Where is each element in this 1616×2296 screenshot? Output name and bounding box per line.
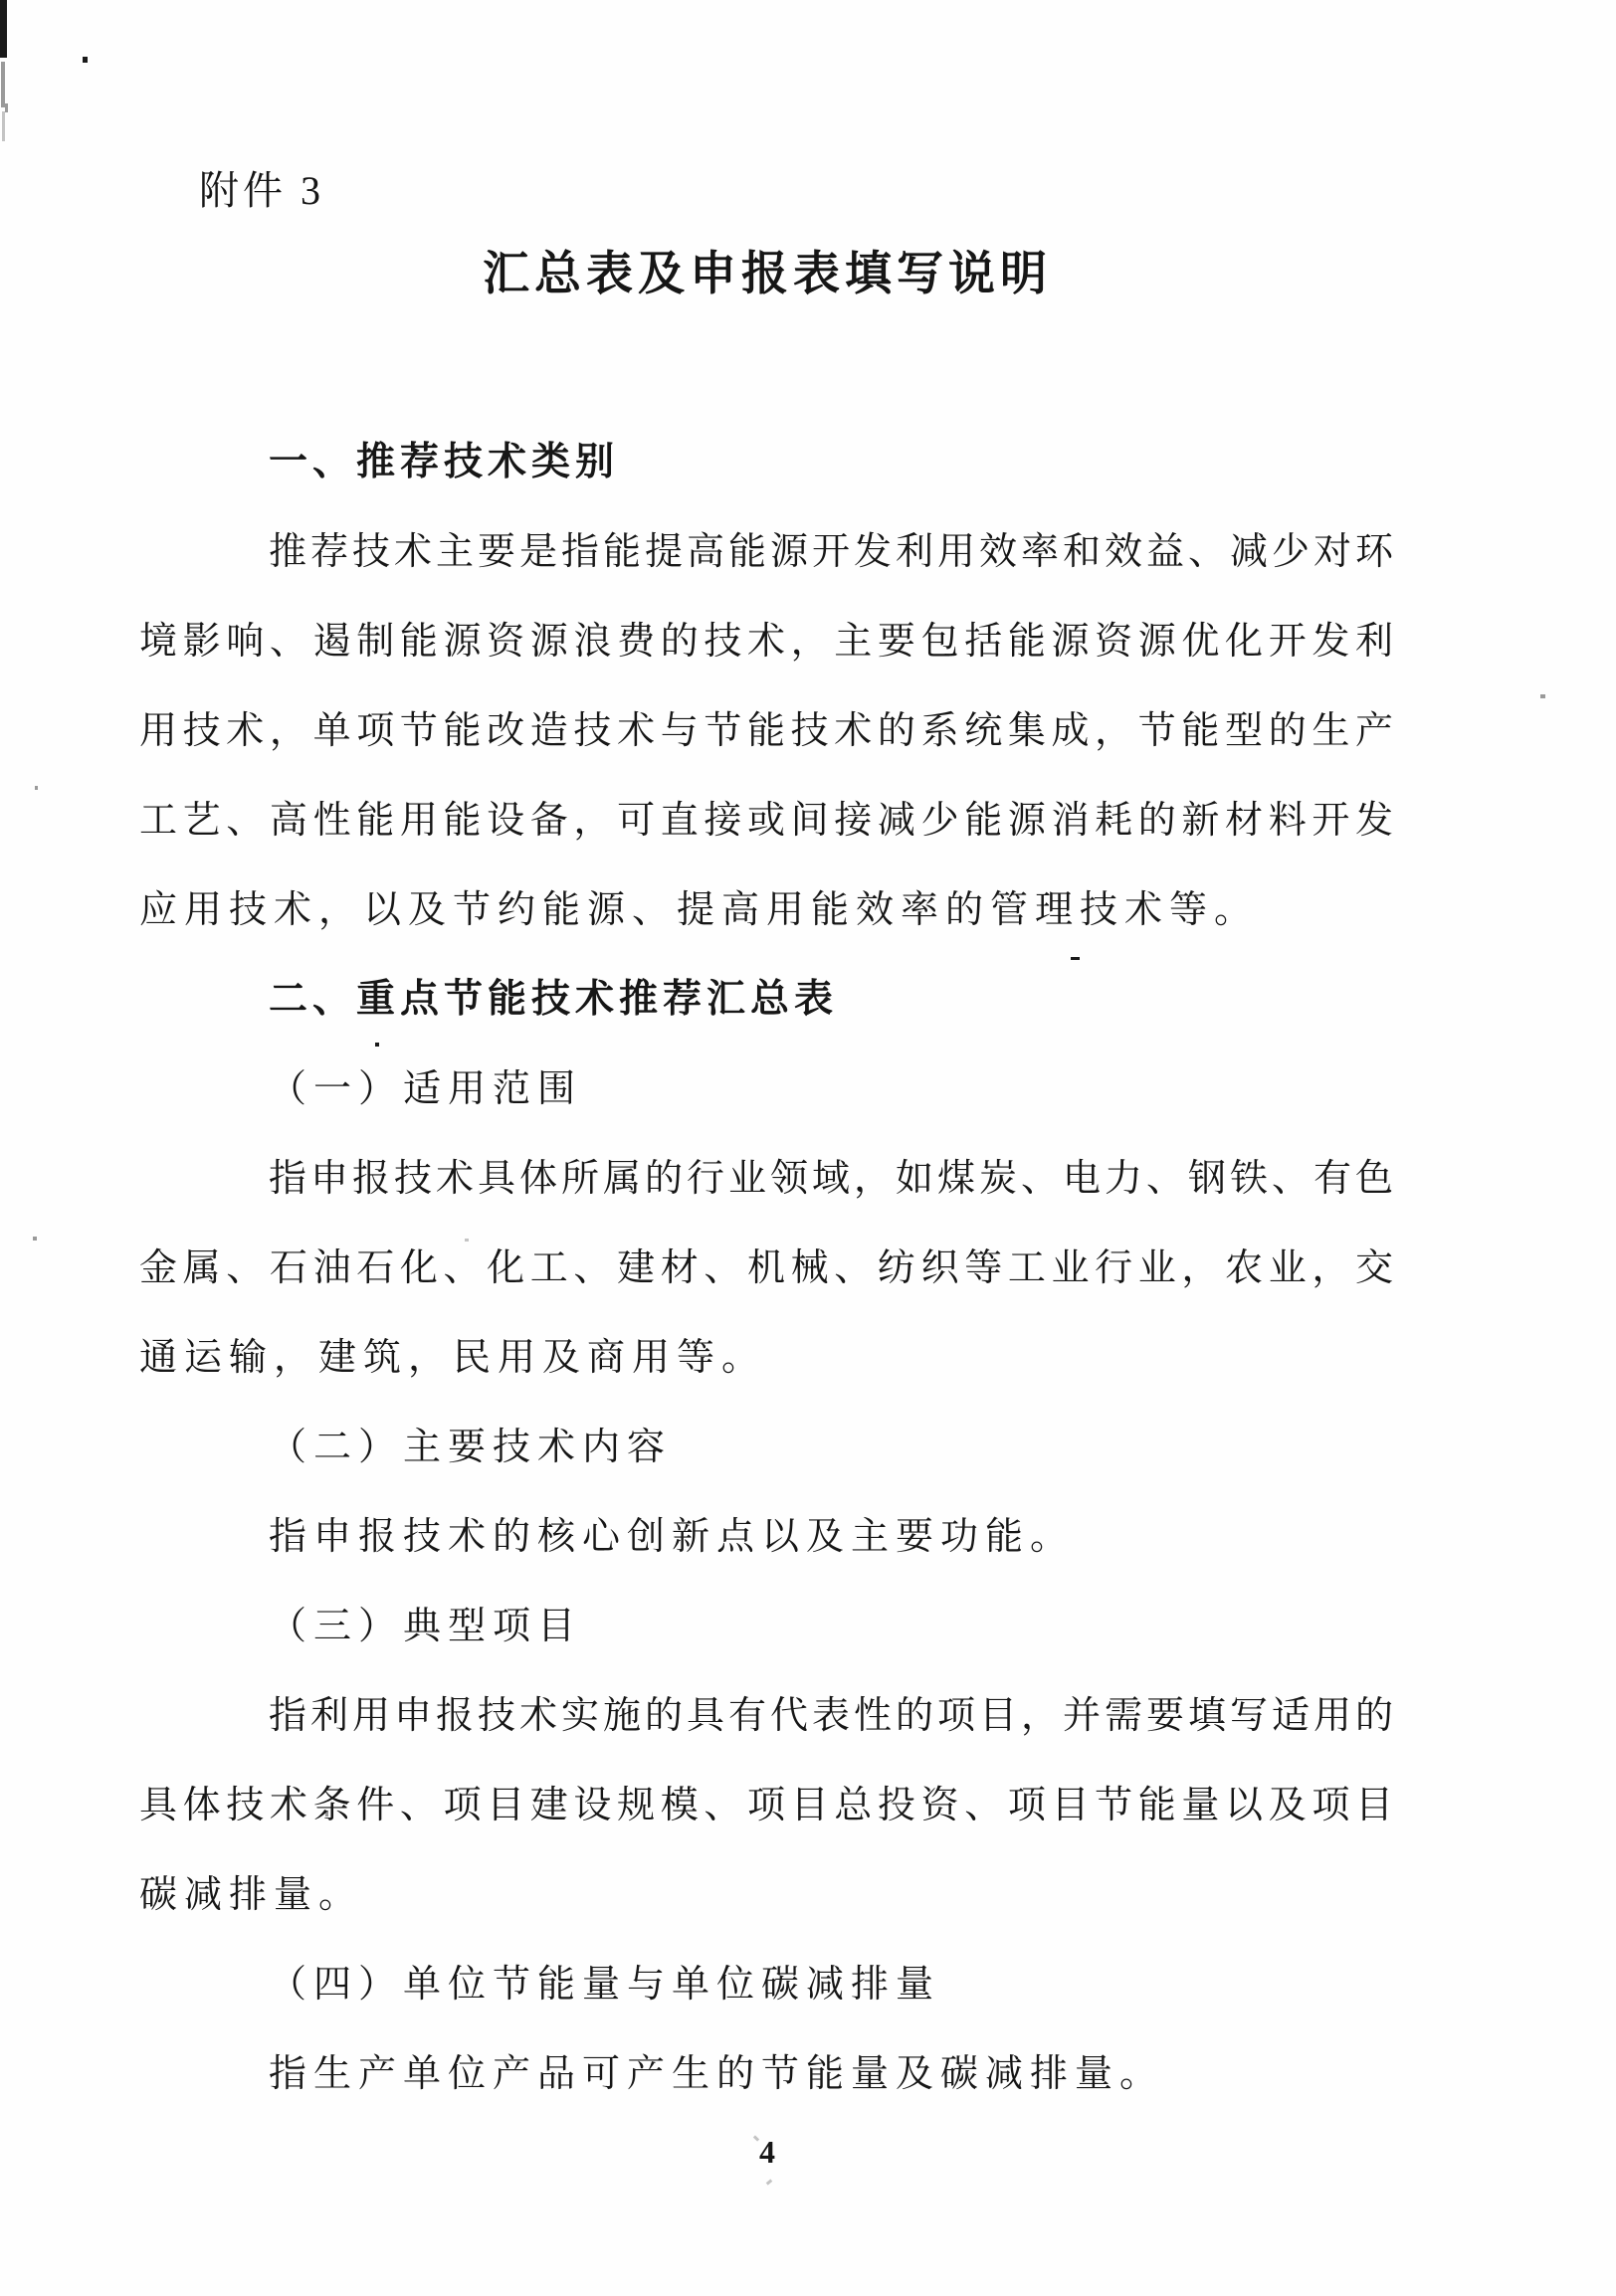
paragraph-line: 指生产单位产品可产生的节能量及碳减排量。 (139, 2029, 1395, 2119)
scan-artifact (83, 57, 88, 63)
document-body: 一、推荐技术类别推荐技术主要是指能提高能源开发利用效率和效益、减少对环境影响、遏… (139, 418, 1395, 2119)
sub-heading-1: （一）适用范围 (139, 1045, 1395, 1134)
paragraph-line: 用技术，单项节能改造技术与节能技术的系统集成，节能型的生产 (139, 686, 1395, 776)
sub-heading-3: （三）典型项目 (139, 1582, 1395, 1671)
scan-artifact (33, 1237, 37, 1241)
paragraph-line: 具体技术条件、项目建设规模、项目总投资、项目节能量以及项目 (139, 1761, 1395, 1850)
paragraph-line: 金属、石油石化、化工、建材、机械、纺织等工业行业，农业，交 (139, 1224, 1395, 1313)
page-number: 4 (139, 2134, 1395, 2171)
paragraph-line: 应用技术，以及节约能源、提高用能效率的管理技术等。 (139, 865, 1395, 955)
document-page: 附件 3 汇总表及申报表填写说明 一、推荐技术类别推荐技术主要是指能提高能源开发… (0, 0, 1616, 2296)
sub-heading-4: （四）单位节能量与单位碳减排量 (139, 1940, 1395, 2029)
section-heading-1: 一、推荐技术类别 (139, 418, 1395, 507)
scan-artifact (35, 786, 38, 790)
scan-artifact (1540, 694, 1545, 698)
paragraph-line: 境影响、遏制能源资源浪费的技术，主要包括能源资源优化开发利 (139, 597, 1395, 686)
paragraph-line: 工艺、高性能用能设备，可直接或间接减少能源消耗的新材料开发 (139, 776, 1395, 865)
scan-artifact (766, 2179, 773, 2185)
scan-artifact (1, 62, 5, 107)
scan-artifact (5, 103, 8, 112)
attachment-label: 附件 3 (199, 159, 324, 216)
paragraph-line: 推荐技术主要是指能提高能源开发利用效率和效益、减少对环 (139, 507, 1395, 597)
paragraph-line: 指申报技术具体所属的行业领域，如煤炭、电力、钢铁、有色 (139, 1134, 1395, 1224)
section-heading-2: 二、重点节能技术推荐汇总表 (139, 955, 1395, 1045)
paragraph-line: 通运输，建筑，民用及商用等。 (139, 1313, 1395, 1403)
scan-artifact-edge-bar (0, 0, 7, 58)
scan-artifact (2, 111, 5, 141)
document-title: 汇总表及申报表填写说明 (139, 237, 1395, 303)
sub-heading-2: （二）主要技术内容 (139, 1403, 1395, 1492)
paragraph-line: 碳减排量。 (139, 1850, 1395, 1940)
paragraph-line: 指申报技术的核心创新点以及主要功能。 (139, 1492, 1395, 1582)
paragraph-line: 指利用申报技术实施的具有代表性的项目，并需要填写适用的 (139, 1671, 1395, 1761)
